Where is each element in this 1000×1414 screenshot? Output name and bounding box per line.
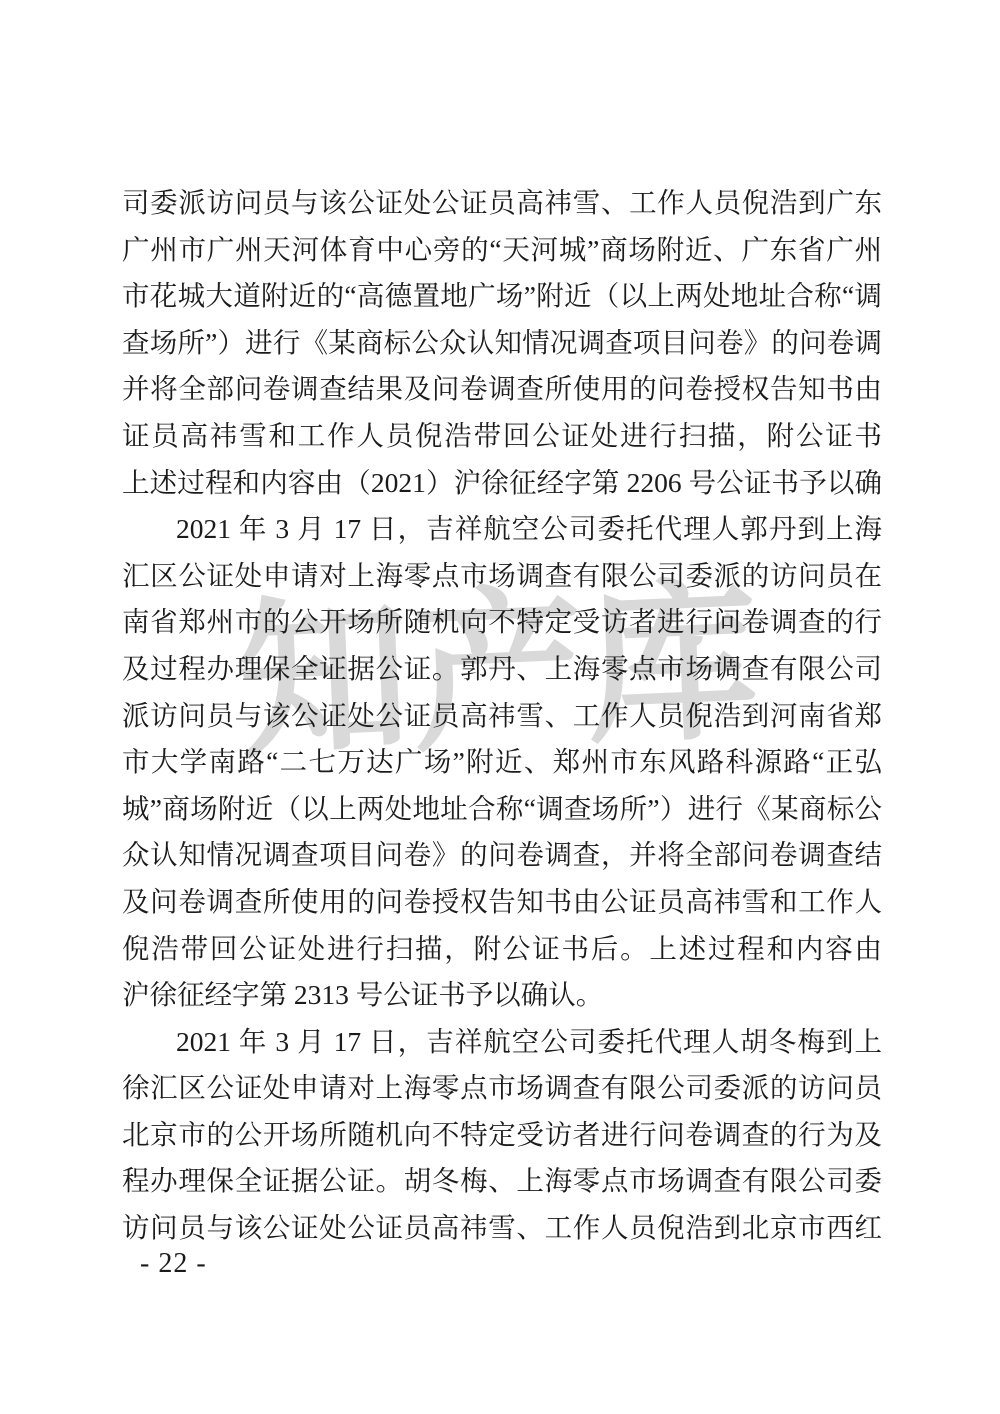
text-line: 徐汇区公证处申请对上海零点市场调查有限公司委派的访问员在	[122, 1065, 882, 1112]
text-line: 派访问员与该公证处公证员高祎雪、工作人员倪浩到河南省郑州	[122, 693, 882, 740]
page-number: - 22 -	[140, 1247, 207, 1281]
text-line: 沪徐征经字第 2313 号公证书予以确认。	[122, 972, 882, 1019]
text-line: 程办理保全证据公证。胡冬梅、上海零点市场调查有限公司委派	[122, 1158, 882, 1205]
text-line: 倪浩带回公证处进行扫描，附公证书后。上述过程和内容由（2021）	[122, 926, 882, 973]
text-line: 并将全部问卷调查结果及问卷调查所使用的问卷授权告知书由公	[122, 366, 882, 413]
text-line: 2021 年 3 月 17 日，吉祥航空公司委托代理人胡冬梅到上海市	[122, 1019, 882, 1066]
text-line: 南省郑州市的公开场所随机向不特定受访者进行问卷调查的行为	[122, 599, 882, 646]
text-line: 市大学南路“二七万达广场”附近、郑州市东风路科源路“正弘	[122, 739, 882, 786]
text-line: 城”商场附近（以上两处地址合称“调查场所”）进行《某商标公	[122, 786, 882, 833]
text-line: 2021 年 3 月 17 日，吉祥航空公司委托代理人郭丹到上海市徐	[122, 506, 882, 553]
text-line: 访问员与该公证处公证员高祎雪、工作人员倪浩到北京市西红门	[122, 1205, 882, 1252]
text-line: 广州市广州天河体育中心旁的“天河城”商场附近、广东省广州	[122, 227, 882, 274]
text-line: 及过程办理保全证据公证。郭丹、上海零点市场调查有限公司委	[122, 646, 882, 693]
text-line: 查场所”）进行《某商标公众认知情况调查项目问卷》的问卷调查，	[122, 320, 882, 367]
document-body: 司委派访问员与该公证处公证员高祎雪、工作人员倪浩到广东省广州市广州天河体育中心旁…	[122, 180, 882, 1252]
text-line: 证员高祎雪和工作人员倪浩带回公证处进行扫描，附公证书后。	[122, 413, 882, 460]
document-page: 知产库 司委派访问员与该公证处公证员高祎雪、工作人员倪浩到广东省广州市广州天河体…	[0, 0, 1000, 1414]
text-line: 众认知情况调查项目问卷》的问卷调查，并将全部问卷调查结果	[122, 832, 882, 879]
text-line: 及问卷调查所使用的问卷授权告知书由公证员高祎雪和工作人员	[122, 879, 882, 926]
text-line: 上述过程和内容由（2021）沪徐征经字第 2206 号公证书予以确认。	[122, 460, 882, 507]
text-line: 汇区公证处申请对上海零点市场调查有限公司委派的访问员在河	[122, 553, 882, 600]
text-line: 司委派访问员与该公证处公证员高祎雪、工作人员倪浩到广东省	[122, 180, 882, 227]
text-line: 北京市的公开场所随机向不特定受访者进行问卷调查的行为及过	[122, 1112, 882, 1159]
text-line: 市花城大道附近的“高德置地广场”附近（以上两处地址合称“调	[122, 273, 882, 320]
